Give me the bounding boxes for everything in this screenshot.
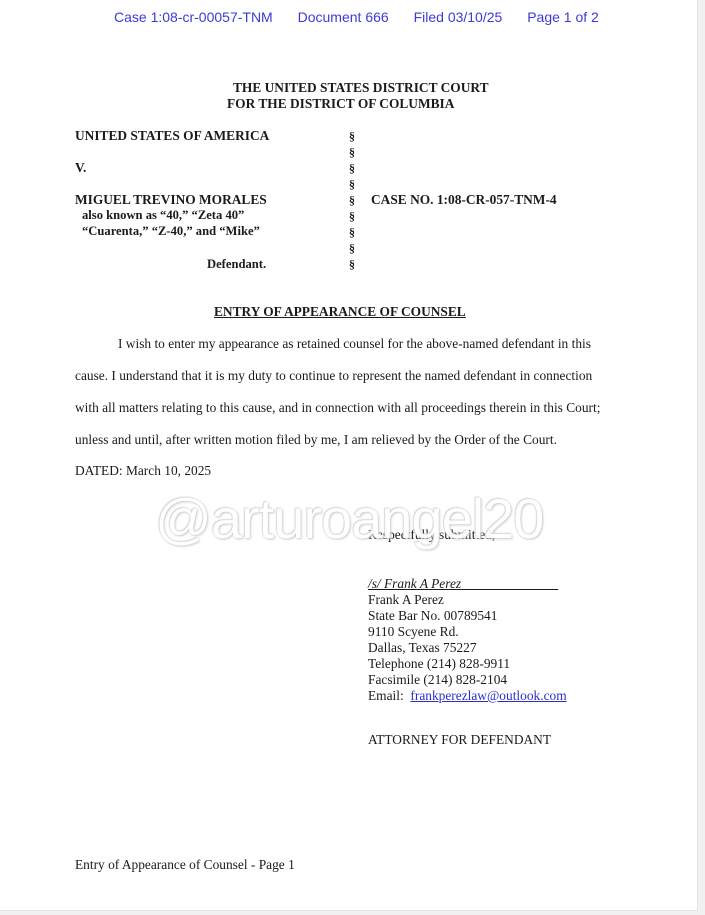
body-line-2: cause. I understand that it is my duty t… <box>75 368 620 384</box>
watermark: @arturoangel20 <box>155 486 543 551</box>
email-link[interactable]: frankperezlaw@outlook.com <box>410 688 566 703</box>
plaintiff: UNITED STATES OF AMERICA <box>75 128 269 144</box>
section-symbol: § <box>349 160 355 176</box>
document-page: Case 1:08-cr-00057-TNM Document 666 File… <box>0 0 698 911</box>
address-line-1: 9110 Scyene Rd. <box>368 624 567 640</box>
section-symbol: § <box>349 208 355 224</box>
attorney-role: ATTORNEY FOR DEFENDANT <box>368 732 551 748</box>
document-title: ENTRY OF APPEARANCE OF COUNSEL <box>214 304 466 320</box>
email-row: Email: frankperezlaw@outlook.com <box>368 688 567 704</box>
section-symbol: § <box>349 224 355 240</box>
signature-line: /s/ Frank A Perez <box>368 576 567 592</box>
page-stamp: Page 1 of 2 <box>527 9 599 25</box>
body-line-4: unless and until, after written motion f… <box>75 432 620 448</box>
case-number: CASE NO. 1:08-CR-057-TNM-4 <box>371 192 557 208</box>
section-symbol: § <box>349 240 355 256</box>
section-symbol: § <box>349 256 355 272</box>
section-symbol: § <box>349 128 355 144</box>
filed-stamp: Filed 03/10/25 <box>414 9 503 25</box>
signature-block: /s/ Frank A Perez Frank A Perez State Ba… <box>368 576 567 704</box>
body-line-1: I wish to enter my appearance as retaine… <box>118 336 663 352</box>
section-symbol-column: §§§§§§§§§ <box>349 128 355 272</box>
body-line-3: with all matters relating to this cause,… <box>75 400 620 416</box>
page-footer: Entry of Appearance of Counsel - Page 1 <box>75 857 295 873</box>
defendant-aka-2: “Cuarenta,” “Z-40,” and “Mike” <box>82 224 260 239</box>
facsimile: Facsimile (214) 828-2104 <box>368 672 567 688</box>
defendant-name: MIGUEL TREVINO MORALES <box>75 192 267 208</box>
section-symbol: § <box>349 144 355 160</box>
versus: V. <box>75 160 86 176</box>
telephone: Telephone (214) 828-9911 <box>368 656 567 672</box>
defendant-label: Defendant. <box>207 257 266 272</box>
court-name: THE UNITED STATES DISTRICT COURT <box>233 80 489 96</box>
attorney-name: Frank A Perez <box>368 592 567 608</box>
email-label: Email: <box>368 688 404 703</box>
address-line-2: Dallas, Texas 75227 <box>368 640 567 656</box>
document-stamp: Document 666 <box>298 9 389 25</box>
case-stamp: Case 1:08-cr-00057-TNM <box>114 9 273 25</box>
section-symbol: § <box>349 176 355 192</box>
dated-line: DATED: March 10, 2025 <box>75 463 620 479</box>
court-district: FOR THE DISTRICT OF COLUMBIA <box>227 96 454 112</box>
state-bar-number: State Bar No. 00789541 <box>368 608 567 624</box>
ecf-header-stamp: Case 1:08-cr-00057-TNM Document 666 File… <box>114 9 620 25</box>
defendant-aka-1: also known as “40,” “Zeta 40” <box>82 208 244 223</box>
section-symbol: § <box>349 192 355 208</box>
